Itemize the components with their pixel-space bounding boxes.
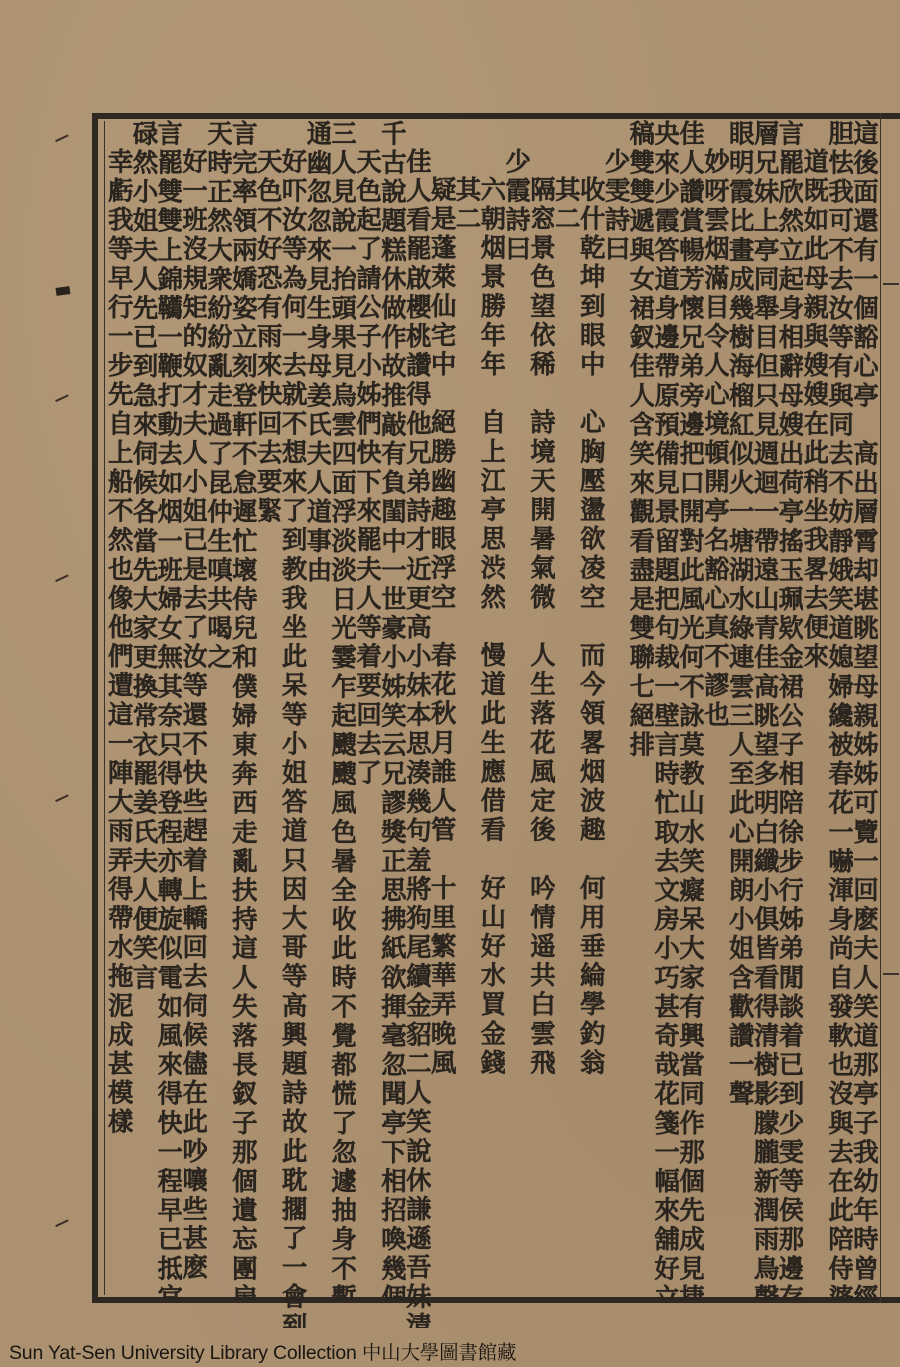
poem-line: 隔窓景色望依稀 詩境天開暑氣微 人生落花風定後 吟情遥共白雲飛	[530, 120, 555, 1356]
text-column: 言罷雙雙上錦韉一鞭打動去如烟一班婦女無其奈只得登程亦轉旋似電如風來得快一程早已抵…	[158, 120, 183, 1300]
text-column: 胆怯我可不去汝等有與同去不妨靜娥笑道媳婦纔被春花一嚇渾身尚自發軟也沒與去在此陪侍…	[828, 120, 853, 1300]
poem-line: 疑是蓬萊仙宅中 絕勝幽趣眼浮空 春花秋月誰人管 十里繁華弄晚風	[431, 120, 456, 1356]
text-column: 央來少霞答道身邊帶原預備見景留題把句裁一壁言時忙取去文房小巧甚奇哉花箋一幅來舖好…	[654, 120, 679, 1300]
poem-heading: 其二	[456, 120, 481, 1356]
binding-stitch-mark	[52, 393, 74, 407]
text-column: 千古說題糕休做作故推敲有負閨中一世豪小姊笑云兄謬獎正思拂紙欲揮毫忽聞亭下相招喚幾…	[381, 120, 406, 1300]
binding-stitch-mark	[52, 1218, 74, 1232]
text-column: 妙呀雲烟滿目令人心境頓開亭名豁心真不謬也	[704, 120, 729, 1328]
text-column: 幸虧我等早行一步先自上船不然也像他們遭這一陣大雨弄得帶水拖泥成甚模樣	[108, 120, 133, 1328]
text-column: 眼明霞比畫成幾樹海榴紅似火一塘湖水綠連雲三人至此心開朗小姐含歡讚一聲	[729, 120, 754, 1300]
text-column: 道既如此母親與嫂嫂在此稍坐我畧去便來	[803, 120, 828, 1328]
text-column: 天色起了請公子小姊們快下來罷夫人等着要回去了	[356, 120, 381, 1328]
poem-line: 六朝烟景勝年年 自上江亭思渋然 慢道此生應借看 好山好水買金錢	[481, 120, 506, 1356]
text-column: 通幽忽忽來見生身母姜氏夫人道事由	[307, 120, 332, 1300]
book-page-scan: 這後面還有一個豁心亭 高出層霄却堪眺望母親姊姊可覽一回麽夫人笑道那亭子我幼年時曾…	[0, 0, 900, 1367]
text-column: 言罷欣然立起身相辭母嫂出荷亭搖玉珮欵金裙公子相陪徐步行姊弟閒談着已到少雯等侯那邊…	[779, 120, 804, 1300]
text-column: 佳人看罷啟櫻桃讚得他兄弟詩才近更高小妹本思湊幾句羞將狗尾續金貂二人笑說休謙遜吾妹…	[406, 120, 431, 1328]
page-fold-edge	[880, 113, 900, 1303]
library-collection-watermark: Sun Yat-Sen University Library Collectio…	[9, 1337, 516, 1365]
text-column: 層兄妹上亭同舉目但只見週迴一帶遠山青佳高眺望多明白纖小俱皆看得清樹影朦朧新潤雨鳥…	[754, 120, 779, 1300]
text-column: 佳人讚賞暢芳懷兄弟旁邊把口開對此風光何不詠莫教山水笑癡呆大家有興當同作那個先成見…	[679, 120, 704, 1300]
text-column: 言完率領兩嬌姿立刻登軒不怠遲忙壞侍兒和僕婦東奔西走亂扶持這人失落長釵子那個遺忘團…	[232, 120, 257, 1300]
binding-stitch-mark	[52, 573, 74, 587]
text-column: 三人見說一抬頭果見烏雲四面浮淡淡日光霎乍起颼颼風色暑全收此時不覺都慌了忽遽抽身不…	[331, 120, 356, 1300]
poem-line: 收什乾坤到眼中 心胸壓盪欲凌空 而今領畧烟波趣 何用垂綸學釣翁	[580, 120, 605, 1356]
poem-heading: 少雯詩曰	[605, 120, 630, 1328]
text-column: 好吓汝等為何一去就不想來了到教我坐此呆等小姐答道只因大哥等高興題詩故此耽擱了一會…	[282, 120, 307, 1328]
text-column: 天時正然大衆紛紛亂走過了昆仲生嗔共喝之	[207, 120, 232, 1300]
text-column: 天色不好恐有雨來快回去要緊	[257, 120, 282, 1328]
text-column: 稿雙雙遞與女裙釵佳人含笑來觀看盡是雙聯七絕排	[630, 120, 655, 1300]
vertical-text-body: 這後面還有一個豁心亭 高出層霄却堪眺望母親姊姊可覽一回麽夫人笑道那亭子我幼年時曾…	[108, 120, 878, 1300]
poem-heading: 少霞詩曰	[505, 120, 530, 1328]
text-column: 碌然小姐夫人先已到急來伺候各當先大家更換常衣罷姜氏夫人便笑言	[133, 120, 158, 1300]
binding-stitch-mark	[52, 133, 74, 147]
text-column: 好一班沒規矩的奴才夫人小姐已是去了汝等還不快些趕着上轎回去伺候儘在此吵嚷些甚麽	[182, 120, 207, 1328]
text-column: 這後面還有一個豁心亭 高出層霄却堪眺望母親姊姊可覽一回麽夫人笑道那亭子我幼年時曾…	[853, 120, 878, 1300]
binding-hole-mark	[52, 283, 74, 297]
binding-stitch-mark	[52, 793, 74, 807]
poem-heading: 其二	[555, 120, 580, 1356]
